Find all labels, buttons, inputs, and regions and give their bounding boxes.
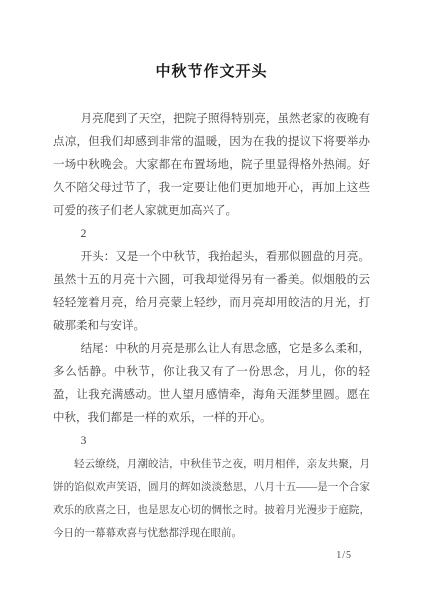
section-number-2: 2 <box>53 223 370 246</box>
document-page: 中秋节作文开头 月亮爬到了天空，把院子照得特别亮，虽然老家的夜晚有点凉，但我们却… <box>0 0 424 600</box>
section-number-3: 3 <box>53 430 370 453</box>
document-title: 中秋节作文开头 <box>53 60 370 81</box>
paragraph-3: 轻云缭绕，月潮皎洁，中秋佳节之夜，明月相伴，亲友共聚，月饼的馅似欢声笑语，圆月的… <box>53 453 370 545</box>
paragraph-2-ending: 结尾：中秋的月亮是那么让人有思念感，它是多么柔和，多么恬静。中秋节，你让我又有了… <box>53 338 370 430</box>
document-body: 月亮爬到了天空，把院子照得特别亮，虽然老家的夜晚有点凉，但我们却感到非常的温暖，… <box>53 108 370 545</box>
page-number: 1/5 <box>336 550 352 561</box>
paragraph-1: 月亮爬到了天空，把院子照得特别亮，虽然老家的夜晚有点凉，但我们却感到非常的温暖，… <box>53 108 370 223</box>
paragraph-2-opening: 开头：又是一个中秋节，我抬起头，看那似圆盘的月亮。虽然十五的月亮十六圆，可我却觉… <box>53 246 370 338</box>
